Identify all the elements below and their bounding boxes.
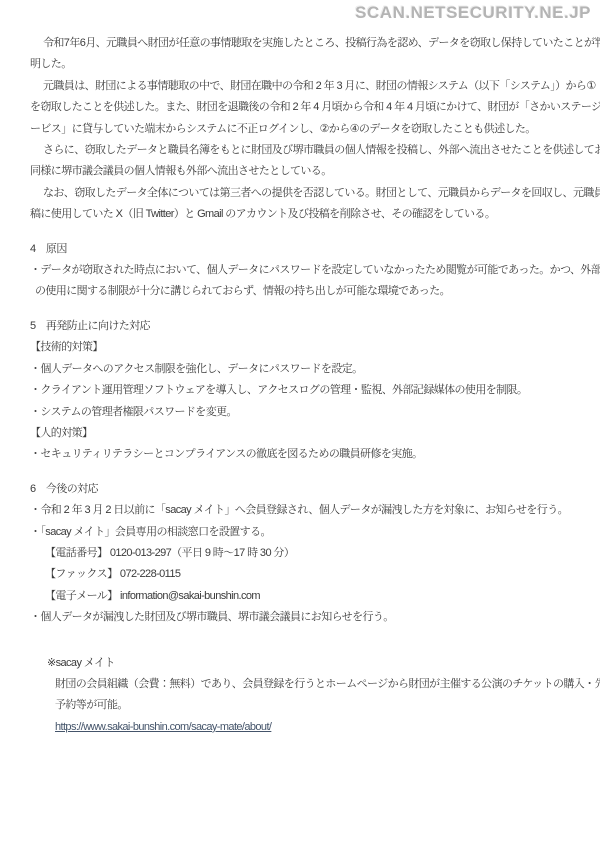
note-sacay-mate-title: ※sacay メイト	[30, 653, 586, 674]
section-4-bullet-1-line-2: の使用に関する制限が十分に講じられておらず、情報の持ち出しが可能な環境であった。	[30, 281, 586, 302]
section-5-technical-label: 【技術的対策】	[30, 337, 586, 358]
note-url-row: https://www.sakai-bunshin.com/sacay-mate…	[30, 717, 586, 738]
section-6-bullet-3: ・個人データが漏洩した財団及び堺市職員、堺市議会議員にお知らせを行う。	[30, 607, 586, 628]
note-description-line-2: 予約等が可能。	[30, 695, 586, 716]
note-description-line-1: 財団の会員組織（会費：無料）であり、会員登録を行うとホームページから財団が主催す…	[30, 674, 586, 695]
sacay-mate-about-link[interactable]: https://www.sakai-bunshin.com/sacay-mate…	[55, 721, 271, 733]
paragraph-2-line-3: ービス」に貸与していた端末からシステムに不正ログインし、②から④のデータを窃取し…	[30, 119, 586, 140]
paragraph-4-line-1: なお、窃取したデータ全体については第三者への提供を否認している。財団として、元職…	[30, 183, 586, 204]
paragraph-3-line-1: さらに、窃取したデータと職員名簿をもとに財団及び堺市職員の個人情報を投稿し、外部…	[30, 140, 586, 161]
section-6-bullet-1: ・令和 2 年 3 月 2 日以前に「sacay メイト」へ会員登録され、個人デ…	[30, 500, 586, 521]
contact-phone-number: 【電話番号】 0120-013-297（平日 9 時～17 時 30 分）	[30, 543, 586, 564]
watermark-scan-netsecurity: SCAN.NETSECURITY.NE.JP	[355, 3, 591, 23]
section-4-bullet-1-line-1: ・データが窃取された時点において、個人データにパスワードを設定していなかったため…	[30, 260, 586, 281]
section-6-heading: 6 今後の対応	[30, 479, 586, 500]
section-5-human-label: 【人的対策】	[30, 423, 586, 444]
section-5-heading: 5 再発防止に向けた対応	[30, 316, 586, 337]
section-5-human-bullet-1: ・セキュリティリテラシーとコンプライアンスの徹底を図るための職員研修を実施。	[30, 444, 586, 465]
contact-fax-number: 【ファックス】 072-228-0115	[30, 564, 586, 585]
paragraph-4-line-2: 稿に使用していた X（旧 Twitter）と Gmail のアカウント及び投稿を…	[30, 204, 586, 225]
paragraph-1-line-1: 令和7年6月、元職員へ財団が任意の事情聴取を実施したところ、投稿行為を認め、デー…	[30, 33, 586, 54]
contact-email-address: 【電子メール】 information@sakai-bunshin.com	[30, 586, 586, 607]
paragraph-2-line-1: 元職員は、財団による事情聴取の中で、財団在職中の令和 2 年 3 月に、財団の情…	[30, 76, 586, 97]
section-4-heading: 4 原因	[30, 239, 586, 260]
paragraph-3-line-2: 同様に堺市議会議員の個人情報も外部へ流出させたとしている。	[30, 161, 586, 182]
section-5-technical-bullet-2: ・クライアント運用管理ソフトウェアを導入し、アクセスログの管理・監視、外部記録媒…	[30, 380, 586, 401]
scanned-document-page: SCAN.NETSECURITY.NE.JP 令和7年6月、元職員へ財団が任意の…	[0, 0, 600, 850]
document-body: 令和7年6月、元職員へ財団が任意の事情聴取を実施したところ、投稿行為を認め、デー…	[30, 33, 586, 738]
paragraph-1-line-2: 明した。	[30, 54, 586, 75]
section-5-technical-bullet-3: ・システムの管理者権限パスワードを変更。	[30, 402, 586, 423]
paragraph-2-line-2: を窃取したことを供述した。また、財団を退職後の令和 2 年 4 月頃から令和 4…	[30, 97, 586, 118]
section-6-bullet-2: ・「sacay メイト」会員専用の相談窓口を設置する。	[30, 522, 586, 543]
section-5-technical-bullet-1: ・個人データへのアクセス制限を強化し、データにパスワードを設定。	[30, 359, 586, 380]
